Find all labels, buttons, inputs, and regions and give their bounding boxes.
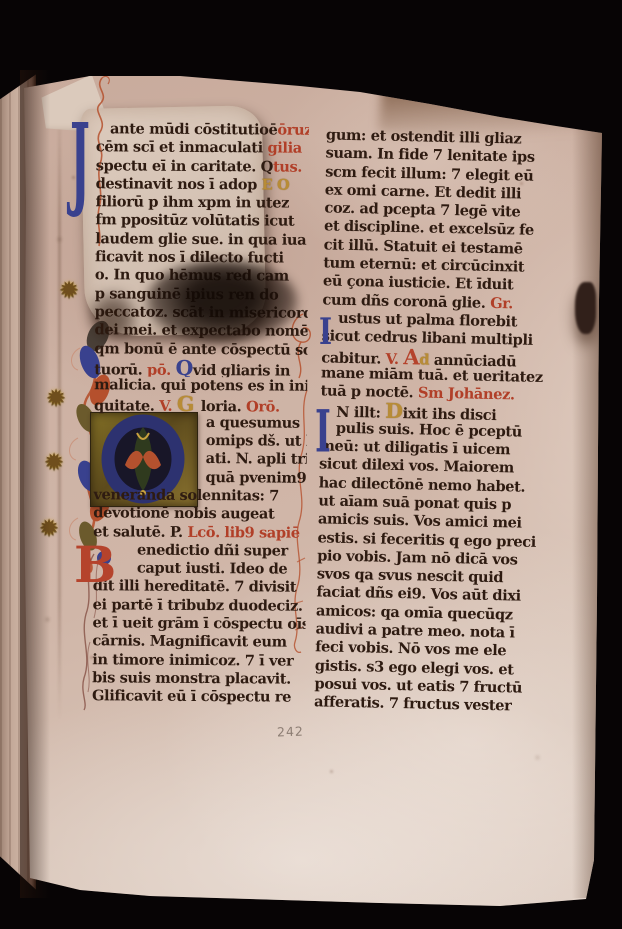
large-initial-I: I [315, 404, 331, 462]
text-segment: in timore inimicoz. 7 ī ver [92, 651, 293, 669]
text-line: laudem glie sue. in qua iua [95, 230, 308, 250]
text-segment: cēm scī et inmaculati [96, 139, 268, 157]
text-segment: pō. [147, 361, 176, 377]
text-segment: afferatis. 7 fructus vester [314, 694, 512, 715]
text-segment: enedictio dñi super [137, 541, 288, 559]
text-line: cēm scī et inmaculati gilia [96, 139, 309, 159]
text-segment: ei partē ī tribubz duodeciz. [93, 596, 303, 614]
text-segment: cum dñs coronā glie. [322, 291, 490, 312]
right-edge-tab-stain [575, 282, 596, 334]
text-segment: ati. N. apli tri [206, 450, 307, 468]
text-segment: ut aīam suā ponat quis p [318, 492, 511, 513]
text-segment: sicut cedrus libani multipli [322, 328, 533, 349]
text-line: in timore inimicoz. 7 ī ver [92, 651, 305, 671]
text-line: fm ppositūz volūtatis icut [95, 212, 308, 232]
text-segment: Orō. [246, 399, 280, 415]
text-segment: utez [256, 195, 289, 212]
gold-star-icon: ✹ [59, 276, 79, 304]
text-segment: Q [175, 358, 193, 378]
text-line: veneranda solennitas: 7 [93, 486, 306, 506]
gutter-shadow [20, 70, 50, 898]
parchment-spots [0, 0, 3, 3]
text-segment: icut [264, 213, 294, 230]
text-column-right: gum: et ostendit illi gliazsuam. In fide… [314, 126, 578, 717]
text-segment: filiorū p ihm xpm in [95, 193, 255, 211]
text-segment: dit illi hereditatē. 7 divisit [93, 578, 296, 596]
text-segment: tus. [273, 158, 302, 175]
text-line: quitate. V. G loria. Orō. [94, 395, 307, 415]
page: ante mūdi cōstitutioēōruzcēm scī et inma… [0, 0, 622, 929]
pencil-folio-number: 242 [277, 724, 304, 740]
text-segment: loria. [201, 398, 246, 414]
text-segment: et ī ueit grām ī cōspectu oīs [92, 614, 305, 633]
text-line: afferatis. 7 fructus vester [314, 694, 566, 718]
text-segment: Glificavit eū ī cōspectu re [92, 687, 291, 705]
text-segment: tuā p noctē. [320, 383, 418, 402]
large-initial-I: I [319, 314, 332, 350]
text-segment: gilia [267, 140, 301, 157]
text-line: et salutē. P. Lcō. lib9 sapiē [93, 523, 306, 543]
text-segment: Sm Johānez. [418, 385, 515, 404]
text-segment: meū: ut diligatis ī uicem [319, 437, 510, 458]
text-line: destinavit nos ī adop E O [96, 175, 309, 195]
text-segment: devotionē nobis augeat [93, 504, 274, 522]
large-initial-B: B [74, 540, 116, 590]
text-segment: caput iusti. Ideo de [137, 560, 288, 578]
text-segment: G [177, 395, 201, 415]
text-segment: vid gliaris in [193, 362, 290, 378]
text-segment: pulis suis. Hoc ē pceptū [336, 419, 522, 440]
text-segment: iua [282, 231, 307, 248]
text-segment: laudem glie sue. in qua [95, 230, 282, 248]
text-segment: svos qa svus nescit quid [317, 565, 504, 586]
text-line: dit illi hereditatē. 7 divisit [93, 578, 306, 598]
text-segment: ustus ut palma florebit [338, 310, 517, 331]
text-line: qm bonū ē ante cōspectū scōz [94, 340, 307, 360]
large-initial-J: J [70, 112, 90, 213]
text-segment: quitate. [94, 398, 159, 415]
text-segment: eū çona iusticie. Et īduit [323, 273, 514, 294]
text-line: tuorū. pō. Qvid gliaris in [94, 358, 307, 378]
text-line: ati. N. apli tri [94, 450, 307, 470]
text-segment: feci vobis. Nō vos me ele [315, 639, 506, 660]
text-line: cārnis. Magnificavit eum [92, 633, 305, 653]
text-line: caput iusti. Ideo de [93, 559, 306, 579]
text-segment: fm ppositūz volūtatis [95, 212, 264, 230]
text-line: et ī ueit grām ī cōspectu oīs [92, 614, 305, 634]
manuscript-photo: ante mūdi cōstitutioēōruzcēm scī et inma… [0, 0, 622, 929]
text-line: a quesumus [94, 413, 307, 433]
text-line: devotionē nobis augeat [93, 504, 306, 524]
text-line: malicia. qui potens es in ini [94, 376, 307, 396]
text-segment: quā pvenim9 [205, 469, 306, 487]
text-line: ei partē ī tribubz duodeciz. [93, 596, 306, 616]
text-segment: tuorū. [94, 361, 147, 378]
text-segment: Gr. [490, 295, 513, 312]
tear-shadow-small [86, 288, 140, 346]
text-segment: a quesumus [206, 414, 300, 432]
text-line: Glificavit eū ī cōspectu re [92, 687, 305, 707]
text-segment: veneranda solennitas: 7 [93, 486, 279, 504]
text-line: omips dš. ut be [94, 431, 307, 451]
text-line: ante mūdi cōstitutioēōruz [96, 120, 309, 140]
text-segment: Lcō. lib9 sapiē [187, 523, 299, 541]
text-segment: ōruz [277, 122, 309, 139]
right-edge-shade [572, 128, 604, 898]
text-segment: ante mūdi cōstitutioē [110, 120, 278, 138]
text-line: spectu eī in caritate. Qtus. [96, 157, 309, 177]
text-column-left: ante mūdi cōstitutioēōruzcēm scī et inma… [92, 120, 309, 707]
text-segment: cārnis. Magnificavit eum [92, 633, 286, 651]
tear-shadow-dark [146, 260, 298, 344]
text-segment: malicia. qui potens es in ini [94, 376, 307, 395]
text-segment: destinavit nos ī adop [96, 175, 262, 193]
text-line: enedictio dñi super [93, 541, 306, 561]
text-line: filiorū p ihm xpm in utez [95, 193, 308, 213]
text-segment: qm bonū ē ante cōspectū scōz [94, 340, 307, 359]
text-line: bis suis monstra placavit. [92, 669, 305, 689]
text-segment: spectu eī in caritate. Q [96, 157, 273, 175]
text-line: quā pvenim9 [93, 468, 306, 488]
text-segment: E O [262, 176, 290, 193]
text-segment: V. [159, 398, 177, 414]
text-segment: bis suis monstra placavit. [92, 669, 291, 687]
text-segment: omips dš. ut be [206, 432, 307, 450]
